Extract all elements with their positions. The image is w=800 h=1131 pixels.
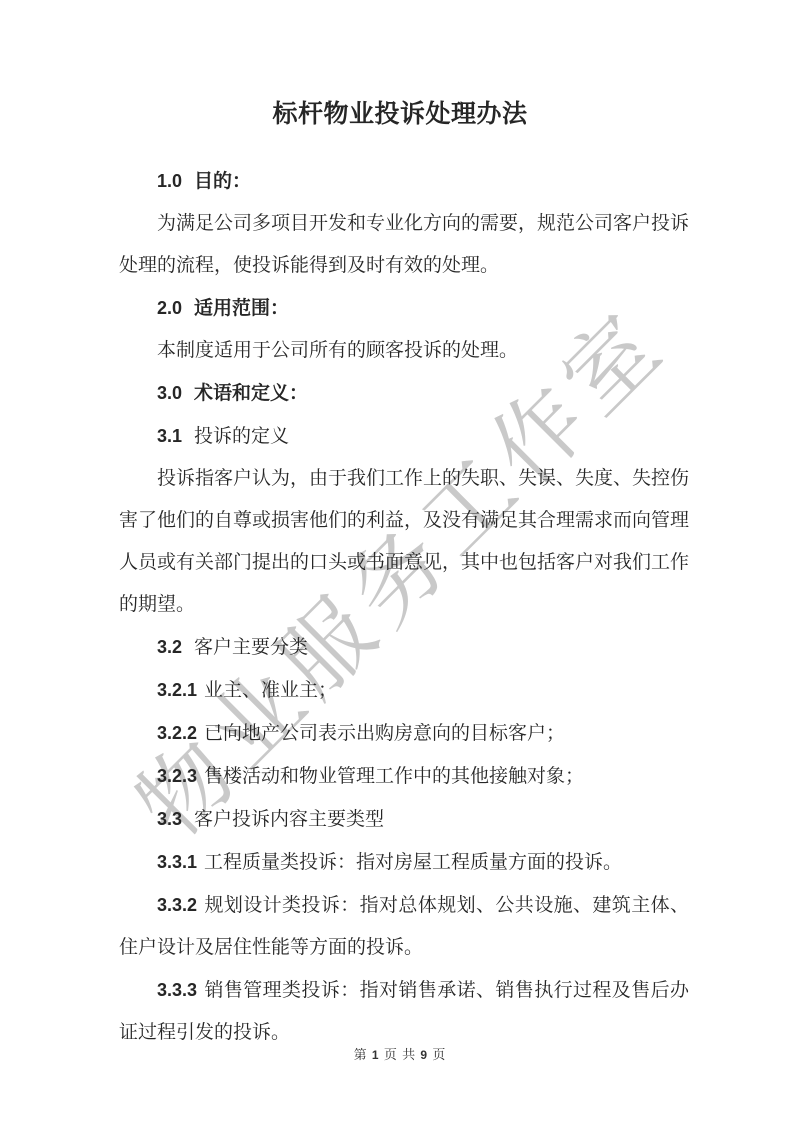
paragraph-text: 投诉的定义 <box>194 426 289 447</box>
footer-prefix: 第 <box>354 1047 368 1062</box>
paragraph-text: 术语和定义： <box>194 383 308 404</box>
section-heading: 3.0术语和定义： <box>119 372 689 415</box>
footer-total-pages: 9 <box>420 1048 428 1062</box>
document-title: 标杆物业投诉处理办法 <box>0 95 800 135</box>
section-number: 2.0 <box>157 298 182 318</box>
section-number: 3.3.3 <box>157 980 197 1000</box>
paragraph: 3.2.2已向地产公司表示出购房意向的目标客户； <box>119 712 689 755</box>
paragraph: 3.1投诉的定义 <box>119 415 689 458</box>
paragraph: 3.3.2规划设计类投诉：指对总体规划、公共设施、建筑主体、住户设计及居住性能等… <box>119 884 689 969</box>
paragraph: 本制度适用于公司所有的顾客投诉的处理。 <box>119 330 689 372</box>
section-number: 3.0 <box>157 383 182 403</box>
page-footer: 第 1 页 共 9 页 <box>0 1045 800 1065</box>
paragraph-text: 售楼活动和物业管理工作中的其他接触对象； <box>204 766 584 787</box>
section-number: 3.3.1 <box>157 852 197 872</box>
paragraph-text: 已向地产公司表示出购房意向的目标客户； <box>204 723 565 744</box>
section-number: 1.0 <box>157 171 182 191</box>
paragraph-text: 规划设计类投诉：指对总体规划、公共设施、建筑主体、住户设计及居住性能等方面的投诉… <box>119 895 689 958</box>
document-body: 1.0目的：为满足公司多项目开发和专业化方向的需要，规范公司客户投诉处理的流程，… <box>119 160 689 1054</box>
paragraph: 3.3.1工程质量类投诉：指对房屋工程质量方面的投诉。 <box>119 841 689 884</box>
footer-middle: 页 共 <box>384 1047 416 1062</box>
section-heading: 1.0目的： <box>119 160 689 203</box>
paragraph: 3.3.3销售管理类投诉：指对销售承诺、销售执行过程及售后办证过程引发的投诉。 <box>119 969 689 1054</box>
paragraph-text: 销售管理类投诉：指对销售承诺、销售执行过程及售后办证过程引发的投诉。 <box>119 980 689 1043</box>
section-number: 3.1 <box>157 426 182 446</box>
paragraph: 3.2客户主要分类 <box>119 626 689 669</box>
paragraph-text: 为满足公司多项目开发和专业化方向的需要，规范公司客户投诉处理的流程，使投诉能得到… <box>119 213 689 276</box>
paragraph: 为满足公司多项目开发和专业化方向的需要，规范公司客户投诉处理的流程，使投诉能得到… <box>119 203 689 287</box>
section-number: 3.3 <box>157 809 182 829</box>
section-number: 3.2.3 <box>157 766 197 786</box>
section-number: 3.2 <box>157 637 182 657</box>
paragraph-text: 客户主要分类 <box>194 637 308 658</box>
paragraph: 3.2.1业主、准业主； <box>119 669 689 712</box>
paragraph-text: 客户投诉内容主要类型 <box>194 809 384 830</box>
paragraph-text: 适用范围： <box>194 298 289 319</box>
footer-page-number: 1 <box>372 1048 380 1062</box>
paragraph: 投诉指客户认为，由于我们工作上的失职、失误、失度、失控伤害了他们的自尊或损害他们… <box>119 458 689 626</box>
footer-suffix: 页 <box>432 1047 446 1062</box>
paragraph-text: 工程质量类投诉：指对房屋工程质量方面的投诉。 <box>204 852 622 873</box>
section-number: 3.2.2 <box>157 723 197 743</box>
paragraph-text: 业主、准业主； <box>204 680 337 701</box>
paragraph-text: 目的： <box>194 171 251 192</box>
section-number: 3.2.1 <box>157 680 197 700</box>
paragraph-text: 投诉指客户认为，由于我们工作上的失职、失误、失度、失控伤害了他们的自尊或损害他们… <box>119 468 689 615</box>
paragraph: 3.3客户投诉内容主要类型 <box>119 798 689 841</box>
section-heading: 2.0适用范围： <box>119 287 689 330</box>
document-page: 物业服务工作室 标杆物业投诉处理办法 1.0目的：为满足公司多项目开发和专业化方… <box>0 0 800 1131</box>
paragraph: 3.2.3售楼活动和物业管理工作中的其他接触对象； <box>119 755 689 798</box>
paragraph-text: 本制度适用于公司所有的顾客投诉的处理。 <box>157 340 518 361</box>
section-number: 3.3.2 <box>157 895 197 915</box>
